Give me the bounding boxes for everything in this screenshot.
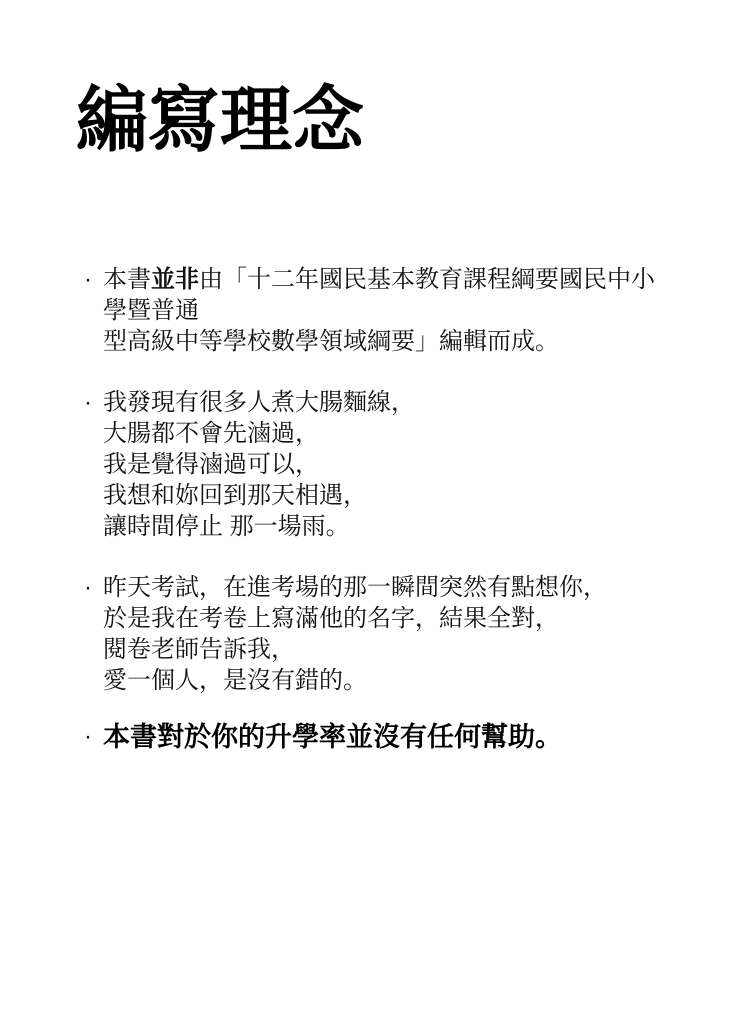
bullet-text: 昨天考試，在進考場的那一瞬間突然有點想你， 於是我在考卷上寫滿他的名字，結果全對… bbox=[103, 572, 674, 696]
bullet-dot-icon: · bbox=[84, 720, 103, 754]
bullet-line: 於是我在考卷上寫滿他的名字，結果全對， bbox=[103, 603, 674, 634]
bullet-dot-icon: · bbox=[84, 572, 103, 603]
bullet-line: 昨天考試，在進考場的那一瞬間突然有點想你， bbox=[103, 572, 674, 603]
bullet-line: 愛一個人，是沒有錯的。 bbox=[103, 665, 674, 696]
bullet-line: 本書對於你的升學率並沒有任何幫助。 bbox=[103, 720, 674, 754]
bullet-dot-icon: · bbox=[84, 264, 103, 295]
bullet-noodle-poem: · 我發現有很多人煮大腸麵線， 大腸都不會先滷過， 我是覺得滷過可以， 我想和妳… bbox=[84, 387, 674, 542]
bullet-line: 大腸都不會先滷過， bbox=[103, 418, 674, 449]
document-page: 編寫理念 · 本書並非由「十二年國民基本教育課程綱要國民中小學暨普通 型高級中等… bbox=[0, 0, 736, 1024]
line-segment: 本書 bbox=[103, 266, 151, 293]
bullet-line: 我想和妳回到那天相遇， bbox=[103, 480, 674, 511]
bullet-text: 本書對於你的升學率並沒有任何幫助。 bbox=[103, 720, 674, 754]
bullet-line: 閱卷老師告訴我， bbox=[103, 634, 674, 665]
bullet-line: 我是覺得滷過可以， bbox=[103, 449, 674, 480]
bullet-line: 我發現有很多人煮大腸麵線， bbox=[103, 387, 674, 418]
bullet-dot-icon: · bbox=[84, 387, 103, 418]
bullet-line: 讓時間停止 那一場雨。 bbox=[103, 511, 674, 542]
bullet-exam-poem: · 昨天考試，在進考場的那一瞬間突然有點想你， 於是我在考卷上寫滿他的名字，結果… bbox=[84, 572, 674, 696]
bullet-curriculum-disclaimer: · 本書並非由「十二年國民基本教育課程綱要國民中小學暨普通 型高級中等學校數學領… bbox=[84, 264, 674, 357]
bullet-text: 本書並非由「十二年國民基本教育課程綱要國民中小學暨普通 型高級中等學校數學領域綱… bbox=[103, 264, 674, 357]
bullet-emphasis-disclaimer: · 本書對於你的升學率並沒有任何幫助。 bbox=[84, 720, 674, 754]
page-title: 編寫理念 bbox=[76, 80, 364, 163]
line-segment-bold: 並非 bbox=[151, 266, 199, 293]
bullet-line: 型高級中等學校數學領域綱要」編輯而成。 bbox=[103, 326, 674, 357]
bullet-list: · 本書並非由「十二年國民基本教育課程綱要國民中小學暨普通 型高級中等學校數學領… bbox=[84, 264, 674, 754]
bullet-text: 我發現有很多人煮大腸麵線， 大腸都不會先滷過， 我是覺得滷過可以， 我想和妳回到… bbox=[103, 387, 674, 542]
bullet-line: 本書並非由「十二年國民基本教育課程綱要國民中小學暨普通 bbox=[103, 264, 674, 326]
